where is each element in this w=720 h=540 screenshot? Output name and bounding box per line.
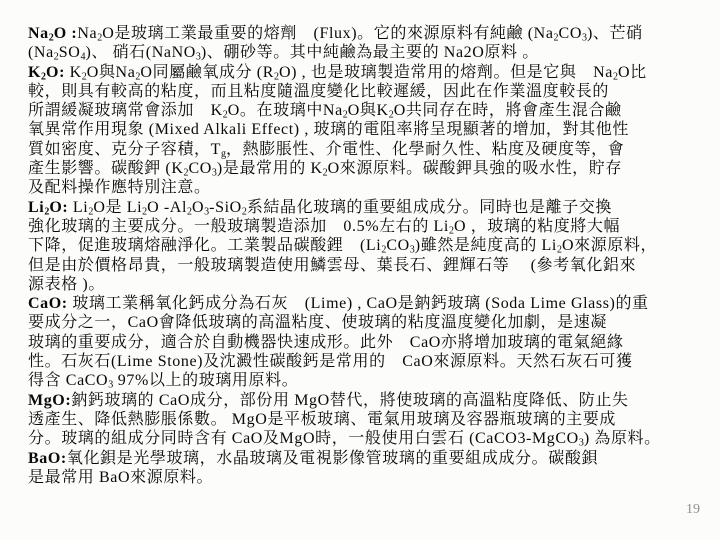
text-segment: O ，玻璃的粘度將大幅 — [454, 218, 620, 235]
text-segment: O是 Li — [93, 199, 142, 216]
text-segment: O) , 也是玻璃製造常用的熔劑。但是它與 Na — [279, 64, 613, 81]
slide-body-text: Na2O :Na2O是玻璃工業最重要的熔劑 (Flux)。它的來源原料有純鹼 (… — [28, 24, 696, 487]
text-line: 較，則具有較高的粘度，而且粘度隨溫度變化比較遲緩，因此在作業溫度較長的 — [28, 82, 696, 101]
text-line: 但是由於價格昂貴，一般玻璃製造使用鱗雲母、葉長石、鋰輝石等 (參考氧化鋁來 — [28, 256, 696, 275]
text-segment: O共同存在時，將會產生混合鹼 — [394, 102, 622, 119]
text-line: 分。玻璃的組成分同時含有 CaO及MgO時，一般使用白雲石 (CaCO3-MgC… — [28, 429, 696, 448]
text-segment: 是最常用 BaO來源原料。 — [28, 469, 213, 486]
text-segment: )雖然是純度高的 Li — [415, 237, 557, 254]
text-segment: O同屬鹼氧成分 (R — [140, 64, 274, 81]
text-segment: O來源原料， — [562, 237, 657, 254]
text-line: Li2O: Li2O是 Li2O -Al2O3-SiO2系結晶化玻璃的重要組成成… — [28, 198, 696, 217]
text-segment: )、硼砂等。其中純鹼為最主要的 Na2O原料 。 — [201, 44, 539, 61]
text-segment: ，熱膨脹性、介電性、化學耐久性、粘度及硬度等，會 — [226, 141, 624, 158]
text-segment: 玻璃工業稱氧化鈣成分為石灰 (Lime) , CaO是鈉鈣玻璃 (Soda Li… — [68, 295, 649, 312]
text-segment: 但是由於價格昂貴，一般玻璃製造使用鱗雲母、葉長石、鋰輝石等 (參考氧化鋁來 — [28, 257, 636, 274]
text-segment: 得含 CaCO — [28, 372, 108, 389]
text-segment: CO — [386, 237, 409, 254]
text-segment: 氧化鋇是光學玻璃，水晶玻璃及電視影像管玻璃的重要組成成分。碳酸鋇 — [67, 450, 598, 467]
text-line: 性。石灰石(Lime Stone)及沈澱性碳酸鈣是常用的 CaO來源原料。天然石… — [28, 352, 696, 371]
text-segment: )是最常用的 K — [217, 160, 323, 177]
text-segment: CaO: — [28, 295, 68, 312]
text-segment: O。在玻璃中Na — [228, 102, 343, 119]
text-segment: O: — [46, 64, 65, 81]
text-segment: 所謂緩凝玻璃常會添加 K — [28, 102, 223, 119]
text-segment: CO — [188, 160, 211, 177]
text-segment: 分。玻璃的組成分同時含有 CaO及MgO時，一般使用白雲石 (CaCO3-MgC… — [28, 430, 579, 447]
text-segment: 97%以上的玻璃用原料。 — [113, 372, 298, 389]
text-segment: O來源原料。碳酸鉀具強的吸水性，貯存 — [328, 160, 622, 177]
text-line: 質如密度、克分子容積，Tg，熱膨脹性、介電性、化學耐久性、粘度及硬度等，會 — [28, 140, 696, 159]
text-line: 得含 CaCO3 97%以上的玻璃用原料。 — [28, 371, 696, 390]
text-segment: 強化玻璃的主要成分。一般玻璃製造添加 0.5%左右的 Li — [28, 218, 449, 235]
text-line: 產生影響。碳酸鉀 (K2CO3)是最常用的 K2O來源原料。碳酸鉀具強的吸水性，… — [28, 159, 696, 178]
text-segment: -SiO — [209, 199, 242, 216]
text-segment: BaO: — [28, 450, 67, 467]
slide-page: Na2O :Na2O是玻璃工業最重要的熔劑 (Flux)。它的來源原料有純鹼 (… — [0, 0, 720, 540]
text-line: 下降，促進玻璃熔融淨化。工業製品碳酸鋰 (Li2CO3)雖然是純度高的 Li2O… — [28, 236, 696, 255]
text-segment: O — [192, 199, 204, 216]
text-segment: Na — [28, 25, 49, 42]
text-line: Na2O :Na2O是玻璃工業最重要的熔劑 (Flux)。它的來源原料有純鹼 (… — [28, 24, 696, 43]
text-line: 氧異常作用現象 (Mixed Alkali Effect) , 玻璃的電阻率將呈… — [28, 120, 696, 139]
text-segment: 源表格 )。 — [28, 276, 105, 293]
text-line: 是最常用 BaO來源原料。 — [28, 468, 696, 487]
text-segment: 透產生、降低熱膨脹係數。 MgO是平板玻璃、電氣用玻璃及容器瓶玻璃的主要成 — [28, 411, 616, 428]
text-line: K2O: K2O與Na2O同屬鹼氧成分 (R2O) , 也是玻璃製造常用的熔劑。… — [28, 63, 696, 82]
text-segment: K — [28, 64, 41, 81]
text-segment: ) 為原料。 — [584, 430, 661, 447]
text-segment: K — [65, 64, 82, 81]
text-segment: 質如密度、克分子容積，T — [28, 141, 221, 158]
text-segment: (Na — [28, 44, 54, 61]
text-line: 所謂緩凝玻璃常會添加 K2O。在玻璃中Na2O與K2O共同存在時，將會產生混合鹼 — [28, 101, 696, 120]
text-line: 透產生、降低熱膨脹係數。 MgO是平板玻璃、電氣用玻璃及容器瓶玻璃的主要成 — [28, 410, 696, 429]
text-segment: O是玻璃工業最重要的熔劑 (Flux)。它的來源原料有純鹼 (Na — [102, 25, 553, 42]
text-line: CaO: 玻璃工業稱氧化鈣成分為石灰 (Lime) , CaO是鈉鈣玻璃 (So… — [28, 294, 696, 313]
text-segment: O : — [54, 25, 78, 42]
page-number: 19 — [686, 502, 700, 518]
text-line: 及配料操作應特別注意。 — [28, 178, 696, 197]
text-line: 源表格 )。 — [28, 275, 696, 294]
text-line: 要成分之一，CaO會降低玻璃的高溫粘度、使玻璃的粘度溫度變化加劇，是速凝 — [28, 313, 696, 332]
text-line: BaO:氧化鋇是光學玻璃，水晶玻璃及電視影像管玻璃的重要組成成分。碳酸鋇 — [28, 449, 696, 468]
text-line: 強化玻璃的主要成分。一般玻璃製造添加 0.5%左右的 Li2O ，玻璃的粘度將大… — [28, 217, 696, 236]
text-segment: 系結晶化玻璃的重要組成成分。同時也是離子交換 — [247, 199, 612, 216]
text-segment: O: — [49, 199, 68, 216]
text-segment: )、芒硝 — [587, 25, 643, 42]
text-segment: O與K — [348, 102, 389, 119]
text-segment: MgO: — [28, 392, 71, 409]
text-segment: 要成分之一，CaO會降低玻璃的高溫粘度、使玻璃的粘度溫度變化加劇，是速凝 — [28, 314, 607, 331]
text-segment: 較，則具有較高的粘度，而且粘度隨溫度變化比較遲緩，因此在作業溫度較長的 — [28, 83, 609, 100]
text-segment: 玻璃的重要成分，適合於自動機器快速成形。此外 CaO亦將增加玻璃的電氣絕緣 — [28, 334, 624, 351]
text-segment: O -Al — [147, 199, 187, 216]
text-segment: O比 — [618, 64, 647, 81]
text-segment: 下降，促進玻璃熔融淨化。工業製品碳酸鋰 (Li — [28, 237, 381, 254]
text-segment: Na — [77, 25, 97, 42]
text-segment: O與Na — [87, 64, 136, 81]
text-segment: 產生影響。碳酸鉀 (K — [28, 160, 183, 177]
text-segment: 性。石灰石(Lime Stone)及沈澱性碳酸鈣是常用的 CaO來源原料。天然石… — [28, 353, 633, 370]
text-line: 玻璃的重要成分，適合於自動機器快速成形。此外 CaO亦將增加玻璃的電氣絕緣 — [28, 333, 696, 352]
text-segment: CO — [559, 25, 582, 42]
text-segment: Li — [68, 199, 88, 216]
text-line: MgO:鈉鈣玻璃的 CaO成分，部份用 MgO替代，將使玻璃的高溫粘度降低、防止… — [28, 391, 696, 410]
text-segment: 及配料操作應特別注意。 — [28, 179, 211, 196]
text-segment: 氧異常作用現象 (Mixed Alkali Effect) , 玻璃的電阻率將呈… — [28, 121, 629, 138]
text-line: (Na2SO4)、 硝石(NaNO3)、硼砂等。其中純鹼為最主要的 Na2O原料… — [28, 43, 696, 62]
text-segment: )、 硝石(NaNO — [85, 44, 195, 61]
text-segment: SO — [59, 44, 81, 61]
text-segment: 鈉鈣玻璃的 CaO成分，部份用 MgO替代，將使玻璃的高溫粘度降低、防止失 — [71, 392, 628, 409]
text-segment: Li — [28, 199, 44, 216]
